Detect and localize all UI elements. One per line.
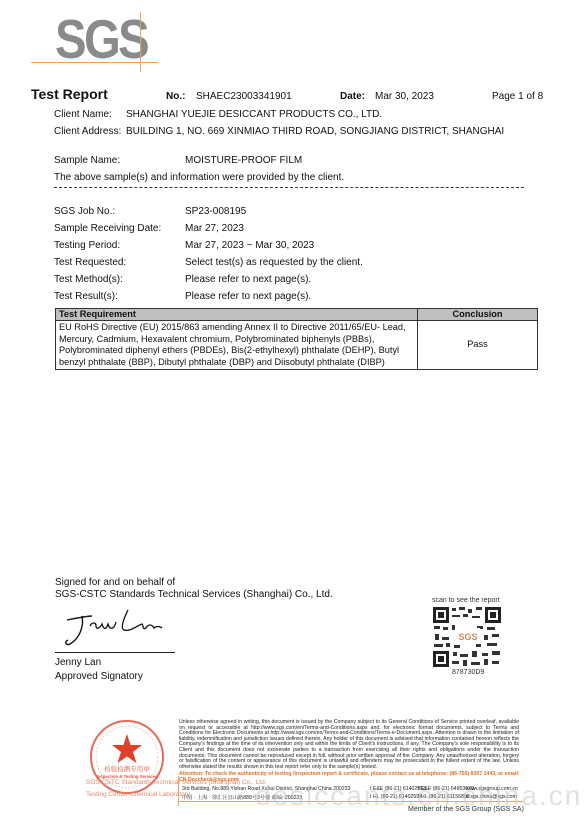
header-test-requirement: Test Requirement: [56, 309, 418, 321]
detail-label: Test Result(s):: [54, 291, 118, 302]
sample-note: The above sample(s) and information were…: [54, 172, 344, 183]
requirement-cell: EU RoHS Directive (EU) 2015/863 amending…: [56, 321, 418, 370]
dashed-divider: [54, 187, 524, 188]
report-date-label: Date:: [340, 91, 365, 102]
legal-disclaimer: Unless otherwise agreed in writing, this…: [179, 720, 519, 770]
detail-value: Please refer to next page(s).: [185, 274, 311, 285]
logo-rule-horizontal: [31, 62, 158, 63]
signature-line: [55, 652, 175, 653]
seal-chinese-text: 检验检测专用章: [104, 764, 150, 773]
test-requirement-table: Test Requirement Conclusion EU RoHS Dire…: [55, 308, 538, 370]
qr-sgs-label: SGS: [458, 632, 477, 642]
detail-label: Testing Period:: [54, 240, 120, 251]
watermark-text: desiccants.en.china.cn: [255, 780, 582, 812]
page-indicator: Page 1 of 8: [492, 91, 543, 102]
handwritten-signature: [62, 604, 172, 650]
detail-label: Test Requested:: [54, 257, 126, 268]
detail-value: Please refer to next page(s).: [185, 291, 311, 302]
sample-name-value: MOISTURE-PROOF FILM: [185, 155, 302, 166]
seal-lab-text: Testing Center-Chemical Laboratory: [86, 791, 190, 798]
sample-name-label: Sample Name:: [54, 155, 120, 166]
detail-value: SP23-008195: [185, 206, 246, 217]
signed-on-behalf-text: Signed for and on behalf of: [55, 577, 175, 589]
table-row: EU RoHS Directive (EU) 2015/863 amending…: [56, 321, 538, 370]
detail-label: Test Method(s):: [54, 274, 123, 285]
logo-rule-vertical: [140, 12, 141, 72]
client-address-value: BUILDING 1, NO. 669 XINMIAO THIRD ROAD, …: [126, 126, 504, 137]
sgs-logo: SGS: [55, 12, 147, 67]
detail-value: Mar 27, 2023 ~ Mar 30, 2023: [185, 240, 314, 251]
qr-verification-code: 878730D9: [452, 669, 484, 676]
signatory-title: Approved Signatory: [55, 671, 143, 683]
qr-code-icon[interactable]: SGS: [432, 606, 502, 668]
report-no-value: SHAEC23003341901: [196, 91, 292, 102]
client-name-value: SHANGHAI YUEJIE DESICCANT PRODUCTS CO., …: [126, 109, 382, 120]
report-no-label: No.:: [166, 91, 185, 102]
signatory-name: Jenny Lan: [55, 657, 101, 669]
company-name: SGS-CSTC Standards Technical Services (S…: [55, 589, 333, 601]
detail-label: Sample Receiving Date:: [54, 223, 161, 234]
detail-value: Mar 27, 2023: [185, 223, 244, 234]
client-address-label: Client Address:: [54, 126, 121, 137]
qr-caption: scan to see the report: [432, 597, 500, 604]
report-title: Test Report: [31, 86, 108, 102]
detail-value: Select test(s) as requested by the clien…: [185, 257, 363, 268]
detail-label: SGS Job No.:: [54, 206, 115, 217]
report-date-value: Mar 30, 2023: [375, 91, 434, 102]
header-conclusion: Conclusion: [418, 309, 538, 321]
conclusion-cell: Pass: [418, 321, 538, 370]
client-name-label: Client Name:: [54, 109, 112, 120]
